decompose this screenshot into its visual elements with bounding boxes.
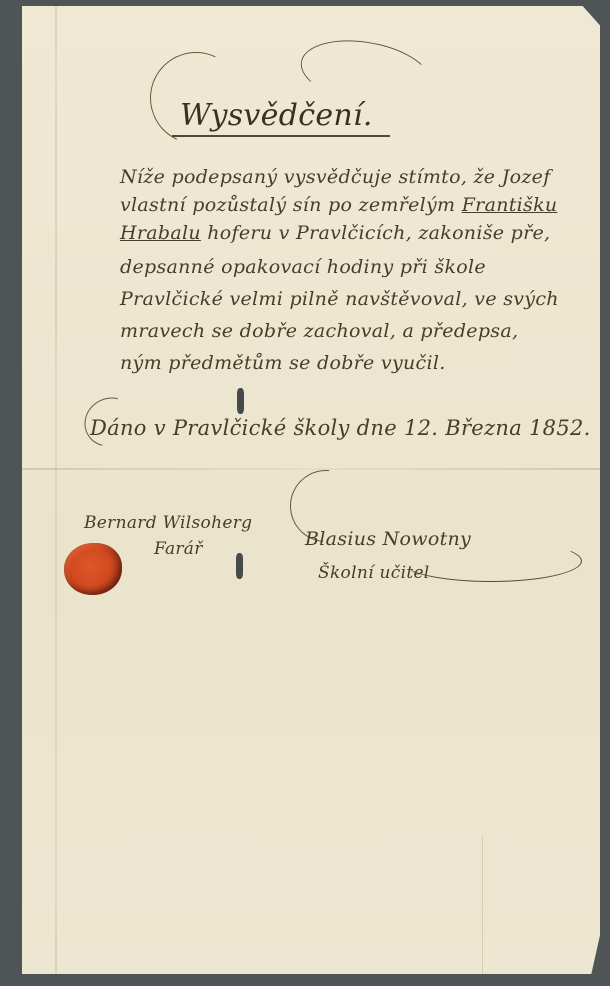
dated-line: Dáno v Pravlčické školy dne 12. Března 1… [90,416,591,440]
body-line-2: vlastní pozůstalý sín po zemřelým Franti… [120,194,557,216]
body-line-7: ným předmětům se dobře vyučil. [120,352,446,374]
document-slot-upper [237,388,244,414]
left-signature-role: Farář [154,539,203,559]
body-line-2-text: vlastní pozůstalý sín po zemřelým [120,194,455,216]
vertical-fold [55,6,57,974]
wax-seal [64,543,122,595]
body-line-3-text: hoferu v Pravlčicích, zakoniše pře, [207,222,550,244]
underlined-surname: Hrabalu [120,222,201,244]
body-line-3: Hrabalu hoferu v Pravlčicích, zakoniše p… [120,222,550,244]
document-title: Wysvědčení. [180,98,373,133]
left-signature-name: Bernard Wilsoherg [84,513,252,533]
underlined-first-name: Františku [462,194,558,216]
title-underline [172,135,390,137]
signature-paraph [400,540,582,582]
document-slot-lower [236,553,243,579]
bottom-tear-fold [482,836,483,976]
horizontal-fold [22,468,600,470]
body-line-4: depsanné opakovací hodiny při škole [120,256,486,278]
body-line-5: Pravlčické velmi pilně navštěvoval, ve s… [120,288,559,310]
body-line-1: Níže podepsaný vysvědčuje stímto, že Joz… [120,166,551,188]
body-line-6: mravech se dobře zachoval, a předepsa, [120,320,518,342]
